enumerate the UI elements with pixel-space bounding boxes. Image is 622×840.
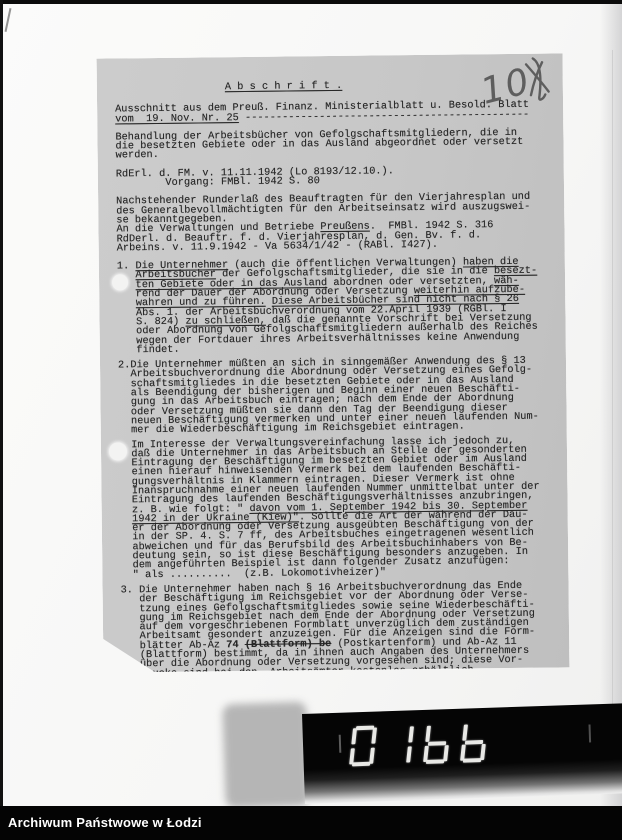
counter-digit — [423, 723, 451, 764]
scan-top-edge — [0, 0, 622, 4]
scan-scratch-mark — [5, 8, 12, 32]
page-fold-shading — [600, 0, 622, 806]
frame-counter-device — [302, 703, 622, 804]
archive-watermark-band: Archiwum Państwowe w Łodzi — [0, 806, 622, 840]
archive-watermark-label: Archiwum Państwowe w Łodzi — [8, 806, 202, 840]
counter-display — [349, 722, 488, 767]
device-edge-blur — [222, 702, 310, 809]
scan-left-edge — [0, 0, 3, 806]
document-line: Arbeins. v. 11.9.1942 - Va 5634/1/42 - (… — [117, 239, 561, 253]
typewritten-page: 10 A b s c h r i f t .Ausschnitt aus dem… — [97, 53, 570, 672]
document-line: drucke sind bei den Arbeitsämter kostenl… — [121, 665, 565, 679]
counter-ghost-segment — [339, 735, 342, 753]
page-fold-line — [612, 50, 613, 705]
document-line: A b s c h r i f t . — [225, 79, 559, 92]
counter-digit — [460, 722, 488, 763]
document-line: " als .......... (z.B. Lokomotivheizer)" — [120, 566, 564, 580]
document-line: vom 19. Nov. Nr. 25 --------------------… — [115, 110, 559, 124]
counter-digit — [349, 726, 377, 767]
counter-digit — [386, 724, 414, 765]
document-lines: A b s c h r i f t .Ausschnitt aus dem Pr… — [115, 79, 566, 679]
counter-ghost-segment — [589, 724, 592, 742]
